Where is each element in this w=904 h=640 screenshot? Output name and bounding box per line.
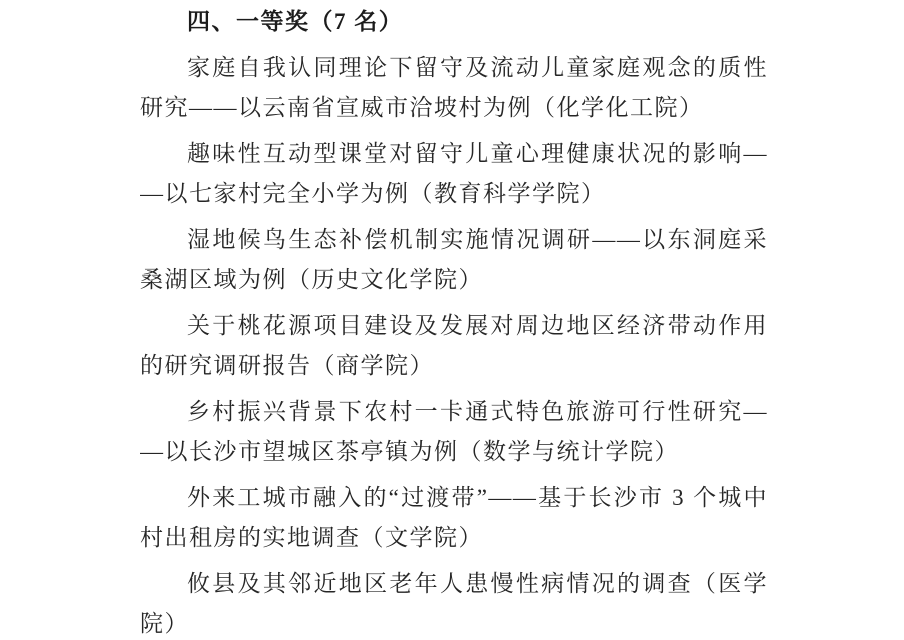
document-line: 家庭自我认同理论下留守及流动儿童家庭观念的质性 (140, 48, 768, 88)
document-line: 外来工城市融入的“过渡带”——基于长沙市 3 个城中 (140, 478, 768, 518)
document-body: 四、一等奖（7 名） 家庭自我认同理论下留守及流动儿童家庭观念的质性 研究——以… (140, 2, 768, 640)
document-line: 关于桃花源项目建设及发展对周边地区经济带动作用 (140, 306, 768, 346)
document-line: 的研究调研报告（商学院） (140, 346, 768, 386)
award-entry: 湿地候鸟生态补偿机制实施情况调研——以东洞庭采 桑湖区域为例（历史文化学院） (140, 220, 768, 300)
document-line: 湿地候鸟生态补偿机制实施情况调研——以东洞庭采 (140, 220, 768, 260)
award-entry: 关于桃花源项目建设及发展对周边地区经济带动作用 的研究调研报告（商学院） (140, 306, 768, 386)
award-entry: 外来工城市融入的“过渡带”——基于长沙市 3 个城中 村出租房的实地调查（文学院… (140, 478, 768, 558)
document-line: 村出租房的实地调查（文学院） (140, 518, 768, 558)
document-line: 攸县及其邻近地区老年人患慢性病情况的调查（医学 (140, 564, 768, 604)
document-line: 桑湖区域为例（历史文化学院） (140, 260, 768, 300)
award-entry: 趣味性互动型课堂对留守儿童心理健康状况的影响— —以七家村完全小学为例（教育科学… (140, 134, 768, 214)
document-line: 研究——以云南省宣威市洽坡村为例（化学化工院） (140, 88, 768, 128)
document-page: 四、一等奖（7 名） 家庭自我认同理论下留守及流动儿童家庭观念的质性 研究——以… (0, 0, 904, 640)
section-heading: 四、一等奖（7 名） (140, 2, 768, 42)
document-line: 趣味性互动型课堂对留守儿童心理健康状况的影响— (140, 134, 768, 174)
document-line: —以七家村完全小学为例（教育科学学院） (140, 174, 768, 214)
award-entry: 乡村振兴背景下农村一卡通式特色旅游可行性研究— —以长沙市望城区茶亭镇为例（数学… (140, 392, 768, 472)
award-entry: 攸县及其邻近地区老年人患慢性病情况的调查（医学 院） (140, 564, 768, 640)
document-line: 院） (140, 604, 768, 640)
document-line: —以长沙市望城区茶亭镇为例（数学与统计学院） (140, 432, 768, 472)
award-entry: 家庭自我认同理论下留守及流动儿童家庭观念的质性 研究——以云南省宣威市洽坡村为例… (140, 48, 768, 128)
document-line: 乡村振兴背景下农村一卡通式特色旅游可行性研究— (140, 392, 768, 432)
